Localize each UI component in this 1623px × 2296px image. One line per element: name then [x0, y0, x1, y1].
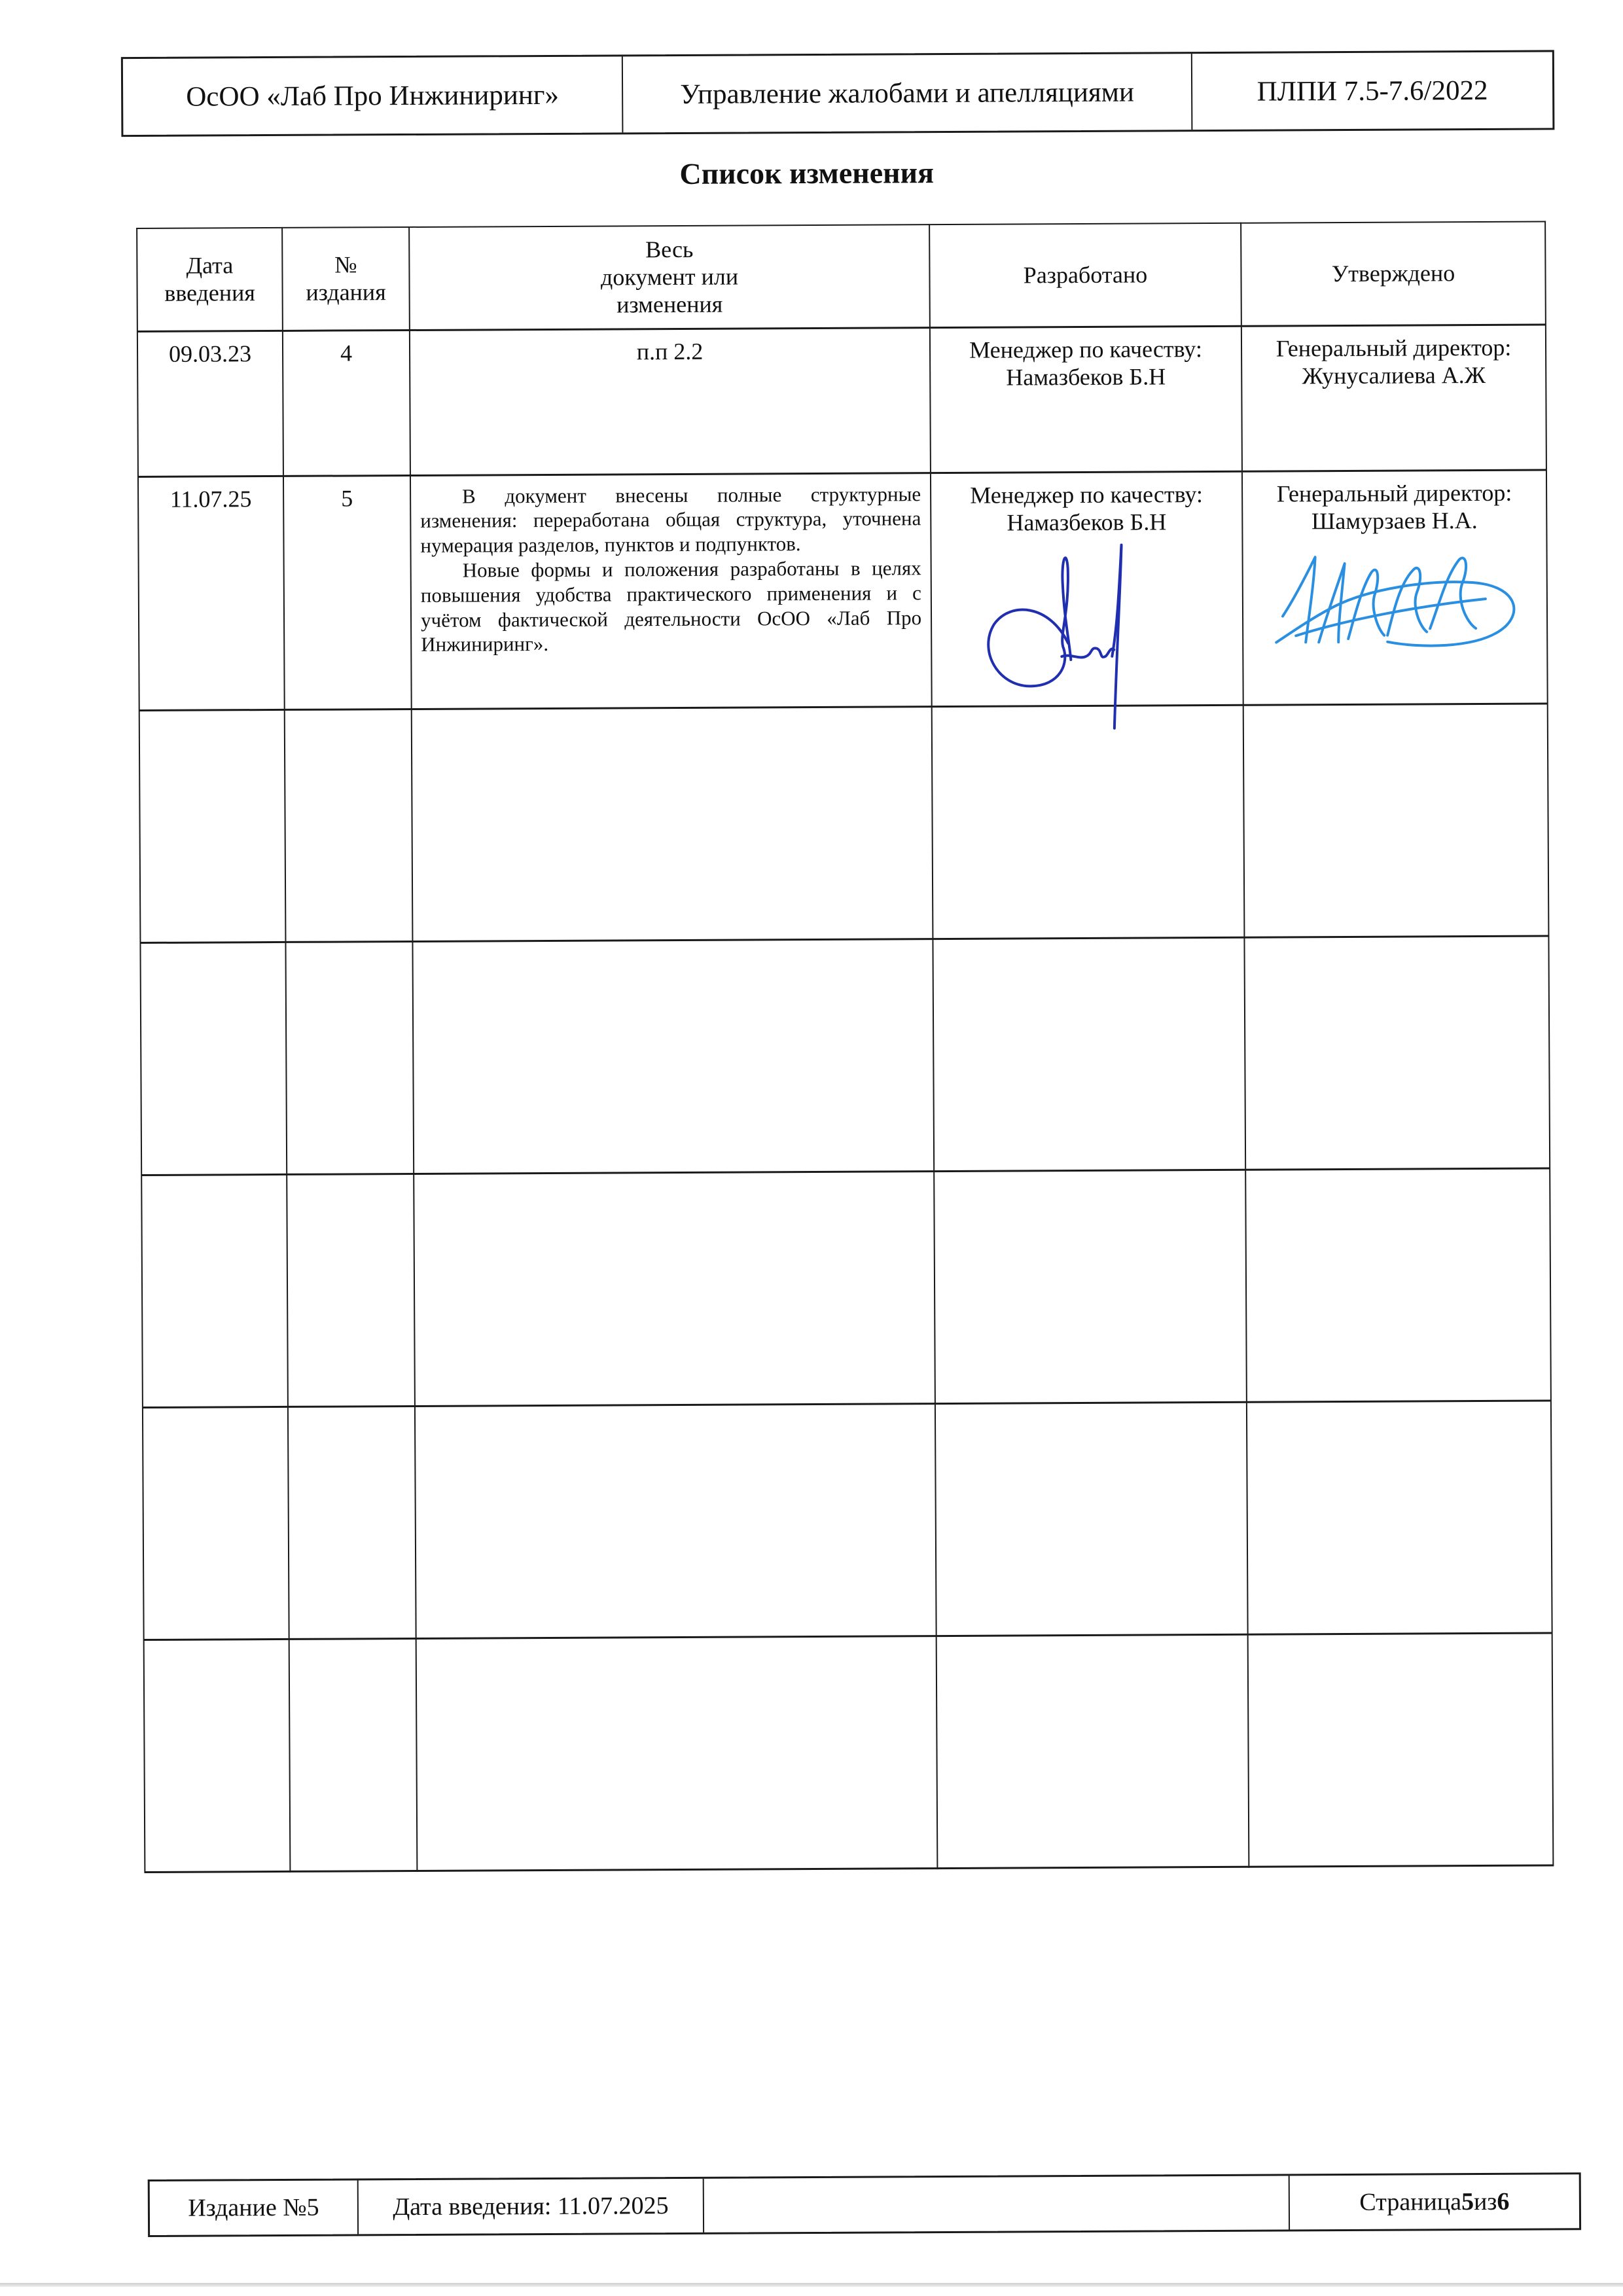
column-header-edition: № издания: [282, 227, 410, 331]
approver-signature-icon: [1256, 543, 1531, 662]
table-row: 09.03.23 4 п.п 2.2 Менеджер по качеству:…: [137, 325, 1546, 477]
column-header-approved: Утверждено: [1241, 222, 1546, 326]
cell-developed: Менеджер по качеству: Намазбеков Б.Н: [930, 326, 1242, 473]
cell-approved: Генеральный директор: Жунусалиева А.Ж: [1241, 325, 1546, 471]
cell-edition: 5: [283, 475, 412, 709]
column-header-developed: Разработано: [929, 223, 1241, 327]
table-row-empty: [144, 1632, 1554, 1872]
developer-role: Менеджер по качеству:: [938, 480, 1235, 509]
document-footer: Издание №5 Дата введения: 11.07.2025 Стр…: [148, 2172, 1581, 2237]
document-page: ОсОО «Лаб Про Инжиниринг» Управление жал…: [0, 0, 1623, 2296]
changes-table: Дата введения № издания Весь документ ил…: [136, 221, 1554, 1873]
cell-date: 11.07.25: [138, 476, 285, 710]
table-row-empty: [140, 935, 1550, 1175]
footer-blank-cell: [704, 2176, 1290, 2232]
approver-role: Генеральный директор:: [1249, 333, 1539, 363]
table-row-empty: [143, 1400, 1552, 1640]
approver-role: Генеральный директор:: [1249, 478, 1539, 508]
approver-name: Шамурзаев Н.А.: [1249, 507, 1539, 536]
footer-page-number: Страница 5 из 6: [1290, 2174, 1579, 2229]
change-description-paragraph: Новые формы и положения разработаны в це…: [421, 556, 922, 657]
table-row: 11.07.25 5 В документ внесены полные стр…: [138, 469, 1548, 710]
table-row-empty: [139, 703, 1549, 942]
column-header-date: Дата введения: [137, 228, 283, 331]
section-title: Список изменения: [0, 152, 1618, 194]
cell-changes: В документ внесены полные структурные из…: [410, 473, 932, 709]
table-row-empty: [141, 1168, 1551, 1407]
cell-date: 09.03.23: [137, 331, 283, 476]
cell-changes: п.п 2.2: [410, 327, 931, 475]
header-document-title: Управление жалобами и апелляциями: [623, 54, 1193, 132]
column-header-changes: Весь документ или изменения: [409, 224, 930, 330]
footer-edition: Издание №5: [150, 2180, 359, 2235]
developer-signature-icon: [971, 531, 1168, 742]
document-header: ОсОО «Лаб Про Инжиниринг» Управление жал…: [121, 50, 1555, 137]
cell-approved: Генеральный директор: Шамурзаев Н.А.: [1242, 469, 1548, 704]
table-header-row: Дата введения № издания Весь документ ил…: [137, 222, 1546, 332]
developer-name: Намазбеков Б.Н: [937, 363, 1234, 392]
cell-edition: 4: [283, 330, 410, 476]
header-document-code: ПЛПИ 7.5-7.6/2022: [1192, 52, 1553, 130]
change-description-paragraph: В документ внесены полные структурные из…: [420, 482, 921, 558]
header-organization: ОсОО «Лаб Про Инжиниринг»: [123, 56, 624, 135]
scan-edge-shadow: [0, 2283, 1623, 2287]
footer-effective-date: Дата введения: 11.07.2025: [359, 2179, 704, 2234]
approver-name: Жунусалиева А.Ж: [1249, 361, 1539, 391]
cell-developed: Менеджер по качеству: Намазбеков Б.Н: [931, 471, 1243, 706]
developer-role: Менеджер по качеству:: [937, 334, 1234, 364]
